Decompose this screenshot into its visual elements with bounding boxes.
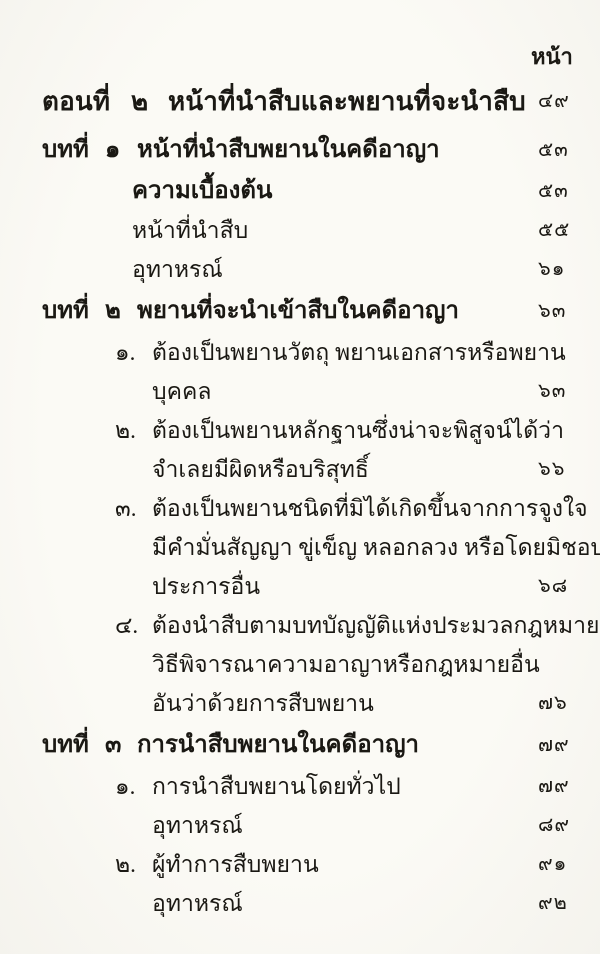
entry-line-text: หน้าที่นำสืบ bbox=[132, 218, 248, 243]
entry-label: ตอนที่ bbox=[42, 74, 131, 128]
toc-entry-item-7: ๒.ต้องเป็นพยานหลักฐานซึ่งน่าจะพิสูจน์ได้… bbox=[42, 411, 600, 489]
entry-line-text: วิธีพิจารณาความอาญาหรือกฎหมายอื่น bbox=[152, 652, 540, 677]
entry-item-number: ๓. bbox=[115, 489, 152, 528]
entry-lines: ๓.ต้องเป็นพยานชนิดที่มิได้เกิดขึ้นจากการ… bbox=[115, 489, 600, 606]
entry-line-text: ต้องเป็นพยานชนิดที่มิได้เกิดขึ้นจากการจู… bbox=[152, 496, 588, 521]
toc-entry-item-8: ๓.ต้องเป็นพยานชนิดที่มิได้เกิดขึ้นจากการ… bbox=[42, 489, 600, 606]
entry-line-text: มีคำมั่นสัญญา ขู่เข็ญ หลอกลวง หรือโดยมิช… bbox=[152, 535, 600, 560]
entry-line-text: ประการอื่น bbox=[152, 574, 260, 599]
entry-page-number: ๖๑ bbox=[538, 250, 565, 289]
entry-page-number: ๕๓ bbox=[538, 172, 569, 211]
page-column-header: หน้า bbox=[531, 40, 573, 74]
toc-entry-sub2-14: อุทาหรณ์๙๒ bbox=[42, 884, 600, 923]
entry-line: ๓.ต้องเป็นพยานชนิดที่มิได้เกิดขึ้นจากการ… bbox=[115, 489, 600, 528]
entry-lines: ความเบื้องต้น bbox=[132, 172, 600, 211]
entry-number: ๒ bbox=[131, 74, 168, 128]
toc-entry-chapter-1: บทที่๑หน้าที่นำสืบพยานในคดีอาญา๕๓ bbox=[42, 128, 600, 172]
toc-entry-sub2-12: อุทาหรณ์๘๙ bbox=[42, 806, 600, 845]
entry-page-number: ๖๓ bbox=[538, 372, 566, 411]
entry-number: ๒ bbox=[105, 289, 137, 333]
entry-number: ๓ bbox=[105, 723, 137, 767]
entry-line: อุทาหรณ์ bbox=[152, 806, 600, 845]
entry-line: ๒.ผู้ทำการสืบพยาน bbox=[115, 845, 600, 884]
toc-entry-sub-bold-2: ความเบื้องต้น๕๓ bbox=[42, 172, 600, 211]
entry-page-number: ๙๑ bbox=[538, 845, 567, 884]
entry-line: จำเลยมีผิดหรือบริสุทธิ์ bbox=[152, 450, 600, 489]
entry-item-number: ๒. bbox=[115, 845, 152, 884]
entry-title: การนำสืบพยานในคดีอาญา bbox=[137, 732, 419, 758]
entry-line-text: ความเบื้องต้น bbox=[132, 178, 272, 204]
toc-entry-item-9: ๔.ต้องนำสืบตามบทบัญญัติแห่งประมวลกฎหมายว… bbox=[42, 606, 600, 723]
entry-line: อุทาหรณ์ bbox=[132, 250, 600, 289]
entry-line: ความเบื้องต้น bbox=[132, 172, 600, 211]
entry-label: บทที่ bbox=[42, 289, 105, 333]
entry-line: ๑.ต้องเป็นพยานวัตถุ พยานเอกสารหรือพยาน bbox=[115, 333, 600, 372]
entry-page-number: ๘๙ bbox=[538, 806, 570, 845]
entry-item-number: ๑. bbox=[115, 333, 152, 372]
entry-lines: ๑.การนำสืบพยานโดยทั่วไป bbox=[115, 767, 600, 806]
entry-line-text: อุทาหรณ์ bbox=[152, 813, 243, 838]
entry-line: ๔.ต้องนำสืบตามบทบัญญัติแห่งประมวลกฎหมาย bbox=[115, 606, 600, 645]
entry-page-number: ๗๙ bbox=[538, 767, 570, 806]
entry-number: ๑ bbox=[105, 128, 137, 172]
entry-page-number: ๕๕ bbox=[538, 211, 570, 250]
entry-page-number: ๗๙ bbox=[538, 723, 570, 767]
toc-entry-item-11: ๑.การนำสืบพยานโดยทั่วไป๗๙ bbox=[42, 767, 600, 806]
toc-entry-item-6: ๑.ต้องเป็นพยานวัตถุ พยานเอกสารหรือพยานบุ… bbox=[42, 333, 600, 411]
entry-label: บทที่ bbox=[42, 723, 105, 767]
entry-line-text: ต้องเป็นพยานหลักฐานซึ่งน่าจะพิสูจน์ได้ว่… bbox=[152, 418, 564, 443]
toc-entry-sub-3: หน้าที่นำสืบ๕๕ bbox=[42, 211, 600, 250]
table-of-contents: ตอนที่๒หน้าที่นำสืบและพยานที่จะนำสืบ๔๙บท… bbox=[42, 74, 600, 923]
entry-title: หน้าที่นำสืบและพยานที่จะนำสืบ bbox=[168, 86, 526, 116]
entry-line-text: ต้องเป็นพยานวัตถุ พยานเอกสารหรือพยาน bbox=[152, 340, 566, 365]
entry-line: ประการอื่น bbox=[152, 567, 600, 606]
entry-page-number: ๖๘ bbox=[538, 567, 568, 606]
entry-item-number: ๔. bbox=[115, 606, 152, 645]
entry-line: วิธีพิจารณาความอาญาหรือกฎหมายอื่น bbox=[152, 645, 600, 684]
entry-item-number: ๒. bbox=[115, 411, 152, 450]
entry-line: ๒.ต้องเป็นพยานหลักฐานซึ่งน่าจะพิสูจน์ได้… bbox=[115, 411, 600, 450]
entry-lines: อุทาหรณ์ bbox=[132, 250, 600, 289]
entry-line-text: อันว่าด้วยการสืบพยาน bbox=[152, 691, 374, 716]
entry-lines: ๒.ผู้ทำการสืบพยาน bbox=[115, 845, 600, 884]
entry-page-number: ๙๒ bbox=[538, 884, 568, 923]
entry-page-number: ๔๙ bbox=[538, 74, 570, 128]
entry-line-text: การนำสืบพยานโดยทั่วไป bbox=[152, 774, 401, 799]
toc-entry-item-13: ๒.ผู้ทำการสืบพยาน๙๑ bbox=[42, 845, 600, 884]
entry-title: หน้าที่นำสืบพยานในคดีอาญา bbox=[137, 137, 440, 163]
entry-lines: ๔.ต้องนำสืบตามบทบัญญัติแห่งประมวลกฎหมายว… bbox=[115, 606, 600, 723]
entry-lines: อุทาหรณ์ bbox=[152, 806, 600, 845]
toc-entry-chapter-10: บทที่๓การนำสืบพยานในคดีอาญา๗๙ bbox=[42, 723, 600, 767]
entry-lines: หน้าที่นำสืบ bbox=[132, 211, 600, 250]
entry-line: บุคคล bbox=[152, 372, 600, 411]
entry-page-number: ๖๖ bbox=[538, 450, 565, 489]
toc-entry-sub-4: อุทาหรณ์๖๑ bbox=[42, 250, 600, 289]
entry-label: บทที่ bbox=[42, 128, 105, 172]
entry-line-text: อุทาหรณ์ bbox=[152, 891, 243, 916]
entry-line: อันว่าด้วยการสืบพยาน bbox=[152, 684, 600, 723]
entry-title: พยานที่จะนำเข้าสืบในคดีอาญา bbox=[137, 298, 459, 324]
entry-lines: ๒.ต้องเป็นพยานหลักฐานซึ่งน่าจะพิสูจน์ได้… bbox=[115, 411, 600, 489]
entry-line: ๑.การนำสืบพยานโดยทั่วไป bbox=[115, 767, 600, 806]
entry-line: หน้าที่นำสืบ bbox=[132, 211, 600, 250]
page-column-label: หน้า bbox=[531, 44, 573, 69]
entry-page-number: ๗๖ bbox=[538, 684, 568, 723]
entry-line-text: ผู้ทำการสืบพยาน bbox=[152, 852, 319, 877]
entry-line-text: อุทาหรณ์ bbox=[132, 257, 223, 282]
entry-lines: ๑.ต้องเป็นพยานวัตถุ พยานเอกสารหรือพยานบุ… bbox=[115, 333, 600, 411]
toc-entry-part-0: ตอนที่๒หน้าที่นำสืบและพยานที่จะนำสืบ๔๙ bbox=[42, 74, 600, 128]
entry-item-number: ๑. bbox=[115, 767, 152, 806]
entry-page-number: ๕๓ bbox=[538, 128, 569, 172]
entry-line: อุทาหรณ์ bbox=[152, 884, 600, 923]
entry-page-number: ๖๓ bbox=[538, 289, 566, 333]
entry-line-text: ต้องนำสืบตามบทบัญญัติแห่งประมวลกฎหมาย bbox=[152, 613, 600, 638]
entry-line: มีคำมั่นสัญญา ขู่เข็ญ หลอกลวง หรือโดยมิช… bbox=[152, 528, 600, 567]
entry-line-text: จำเลยมีผิดหรือบริสุทธิ์ bbox=[152, 457, 369, 482]
toc-entry-chapter-5: บทที่๒พยานที่จะนำเข้าสืบในคดีอาญา๖๓ bbox=[42, 289, 600, 333]
entry-lines: อุทาหรณ์ bbox=[152, 884, 600, 923]
entry-line-text: บุคคล bbox=[152, 379, 211, 404]
